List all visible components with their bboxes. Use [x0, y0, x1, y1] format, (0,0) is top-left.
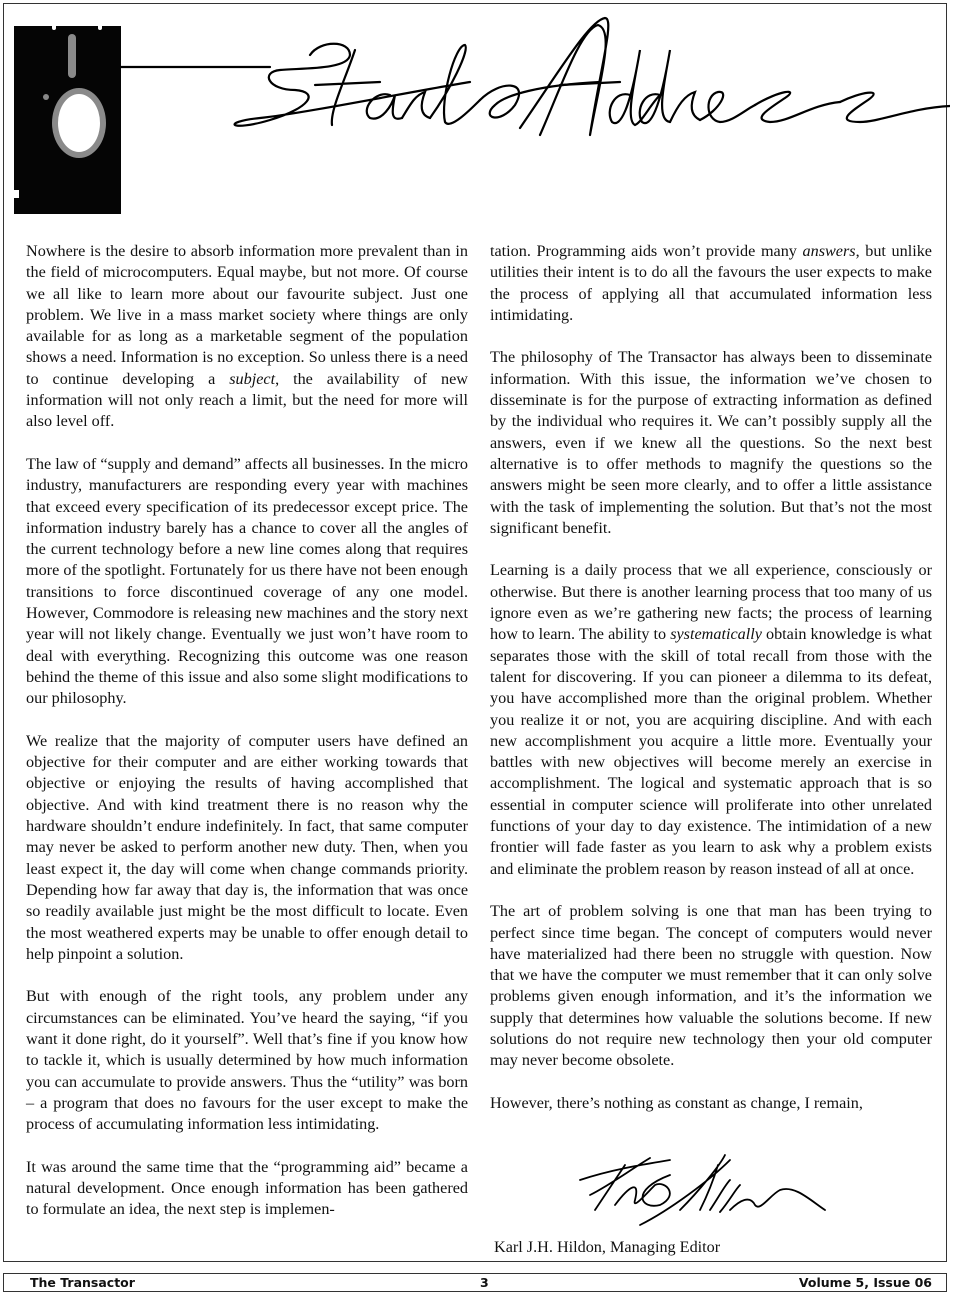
header-title-script: Start Address [120, 10, 950, 140]
issue-label: Volume 5, Issue 06 [799, 1275, 932, 1290]
paragraph: We realize that the majority of computer… [26, 731, 468, 965]
paragraph: Learning is a daily process that we all … [490, 560, 932, 879]
paragraph: But with enough of the right tools, any … [26, 986, 468, 1135]
floppy-disk-icon [14, 26, 121, 214]
paragraph: tation. Programming aids won’t provide m… [490, 241, 932, 326]
paragraph: The law of “supply and demand” affects a… [26, 454, 468, 710]
paragraph: The art of problem solving is one that m… [490, 901, 932, 1071]
signature-icon [570, 1150, 830, 1230]
page-footer: The Transactor 3 Volume 5, Issue 06 [3, 1273, 947, 1292]
paragraph: The philosophy of The Transactor has alw… [490, 347, 932, 539]
right-column: tation. Programming aids won’t provide m… [490, 241, 932, 1135]
page-number: 3 [480, 1275, 489, 1290]
publication-name: The Transactor [30, 1275, 135, 1290]
left-column: Nowhere is the desire to absorb informat… [26, 241, 468, 1242]
paragraph: Nowhere is the desire to absorb informat… [26, 241, 468, 433]
editor-signoff: Karl J.H. Hildon, Managing Editor [494, 1238, 720, 1257]
paragraph: It was around the same time that the “pr… [26, 1157, 468, 1221]
closing-line: However, there’s nothing as constant as … [490, 1093, 932, 1114]
